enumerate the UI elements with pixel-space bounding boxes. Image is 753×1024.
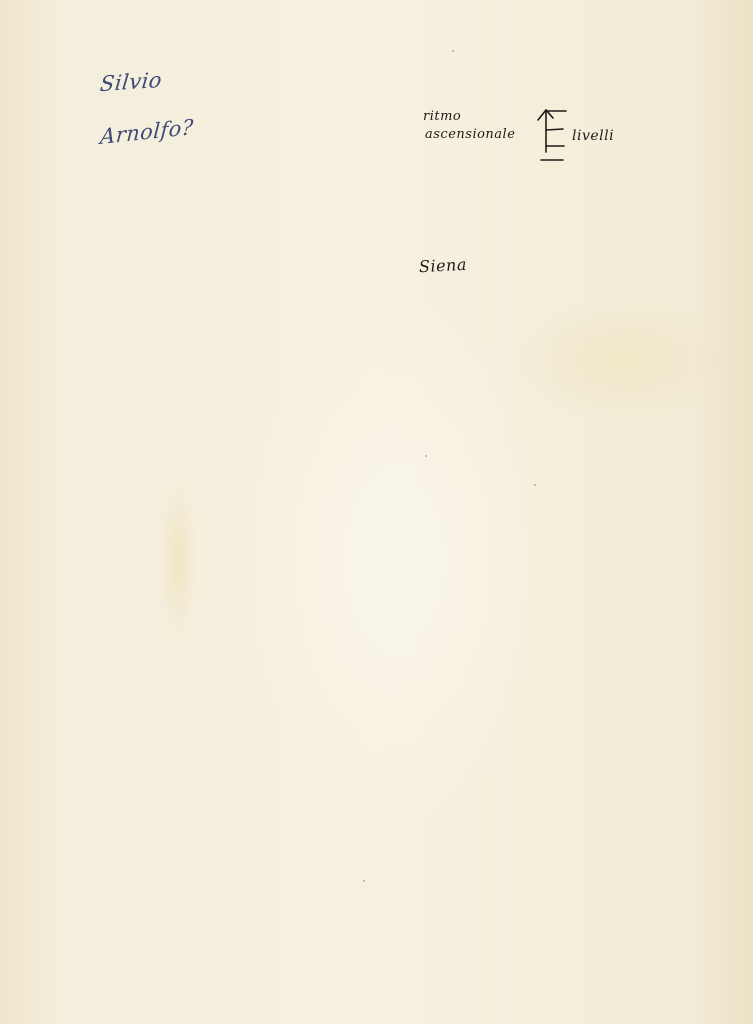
paper-speck: [363, 880, 365, 882]
document-page: Silvio Arnolfo? ritmo ascensionale livel…: [0, 0, 753, 1024]
paper-speck: [425, 455, 427, 457]
note-arnolfo: Arnolfo?: [100, 117, 195, 148]
note-silvio: Silvio: [99, 70, 163, 96]
arrow-up-levels-icon: [533, 108, 569, 163]
note-siena: Siena: [419, 257, 468, 275]
note-livelli: livelli: [572, 129, 614, 143]
note-ascensionale: ascensionale: [425, 128, 515, 141]
paper-speck: [534, 484, 536, 486]
paper-speck: [452, 50, 454, 52]
note-ritmo: ritmo: [423, 110, 461, 123]
